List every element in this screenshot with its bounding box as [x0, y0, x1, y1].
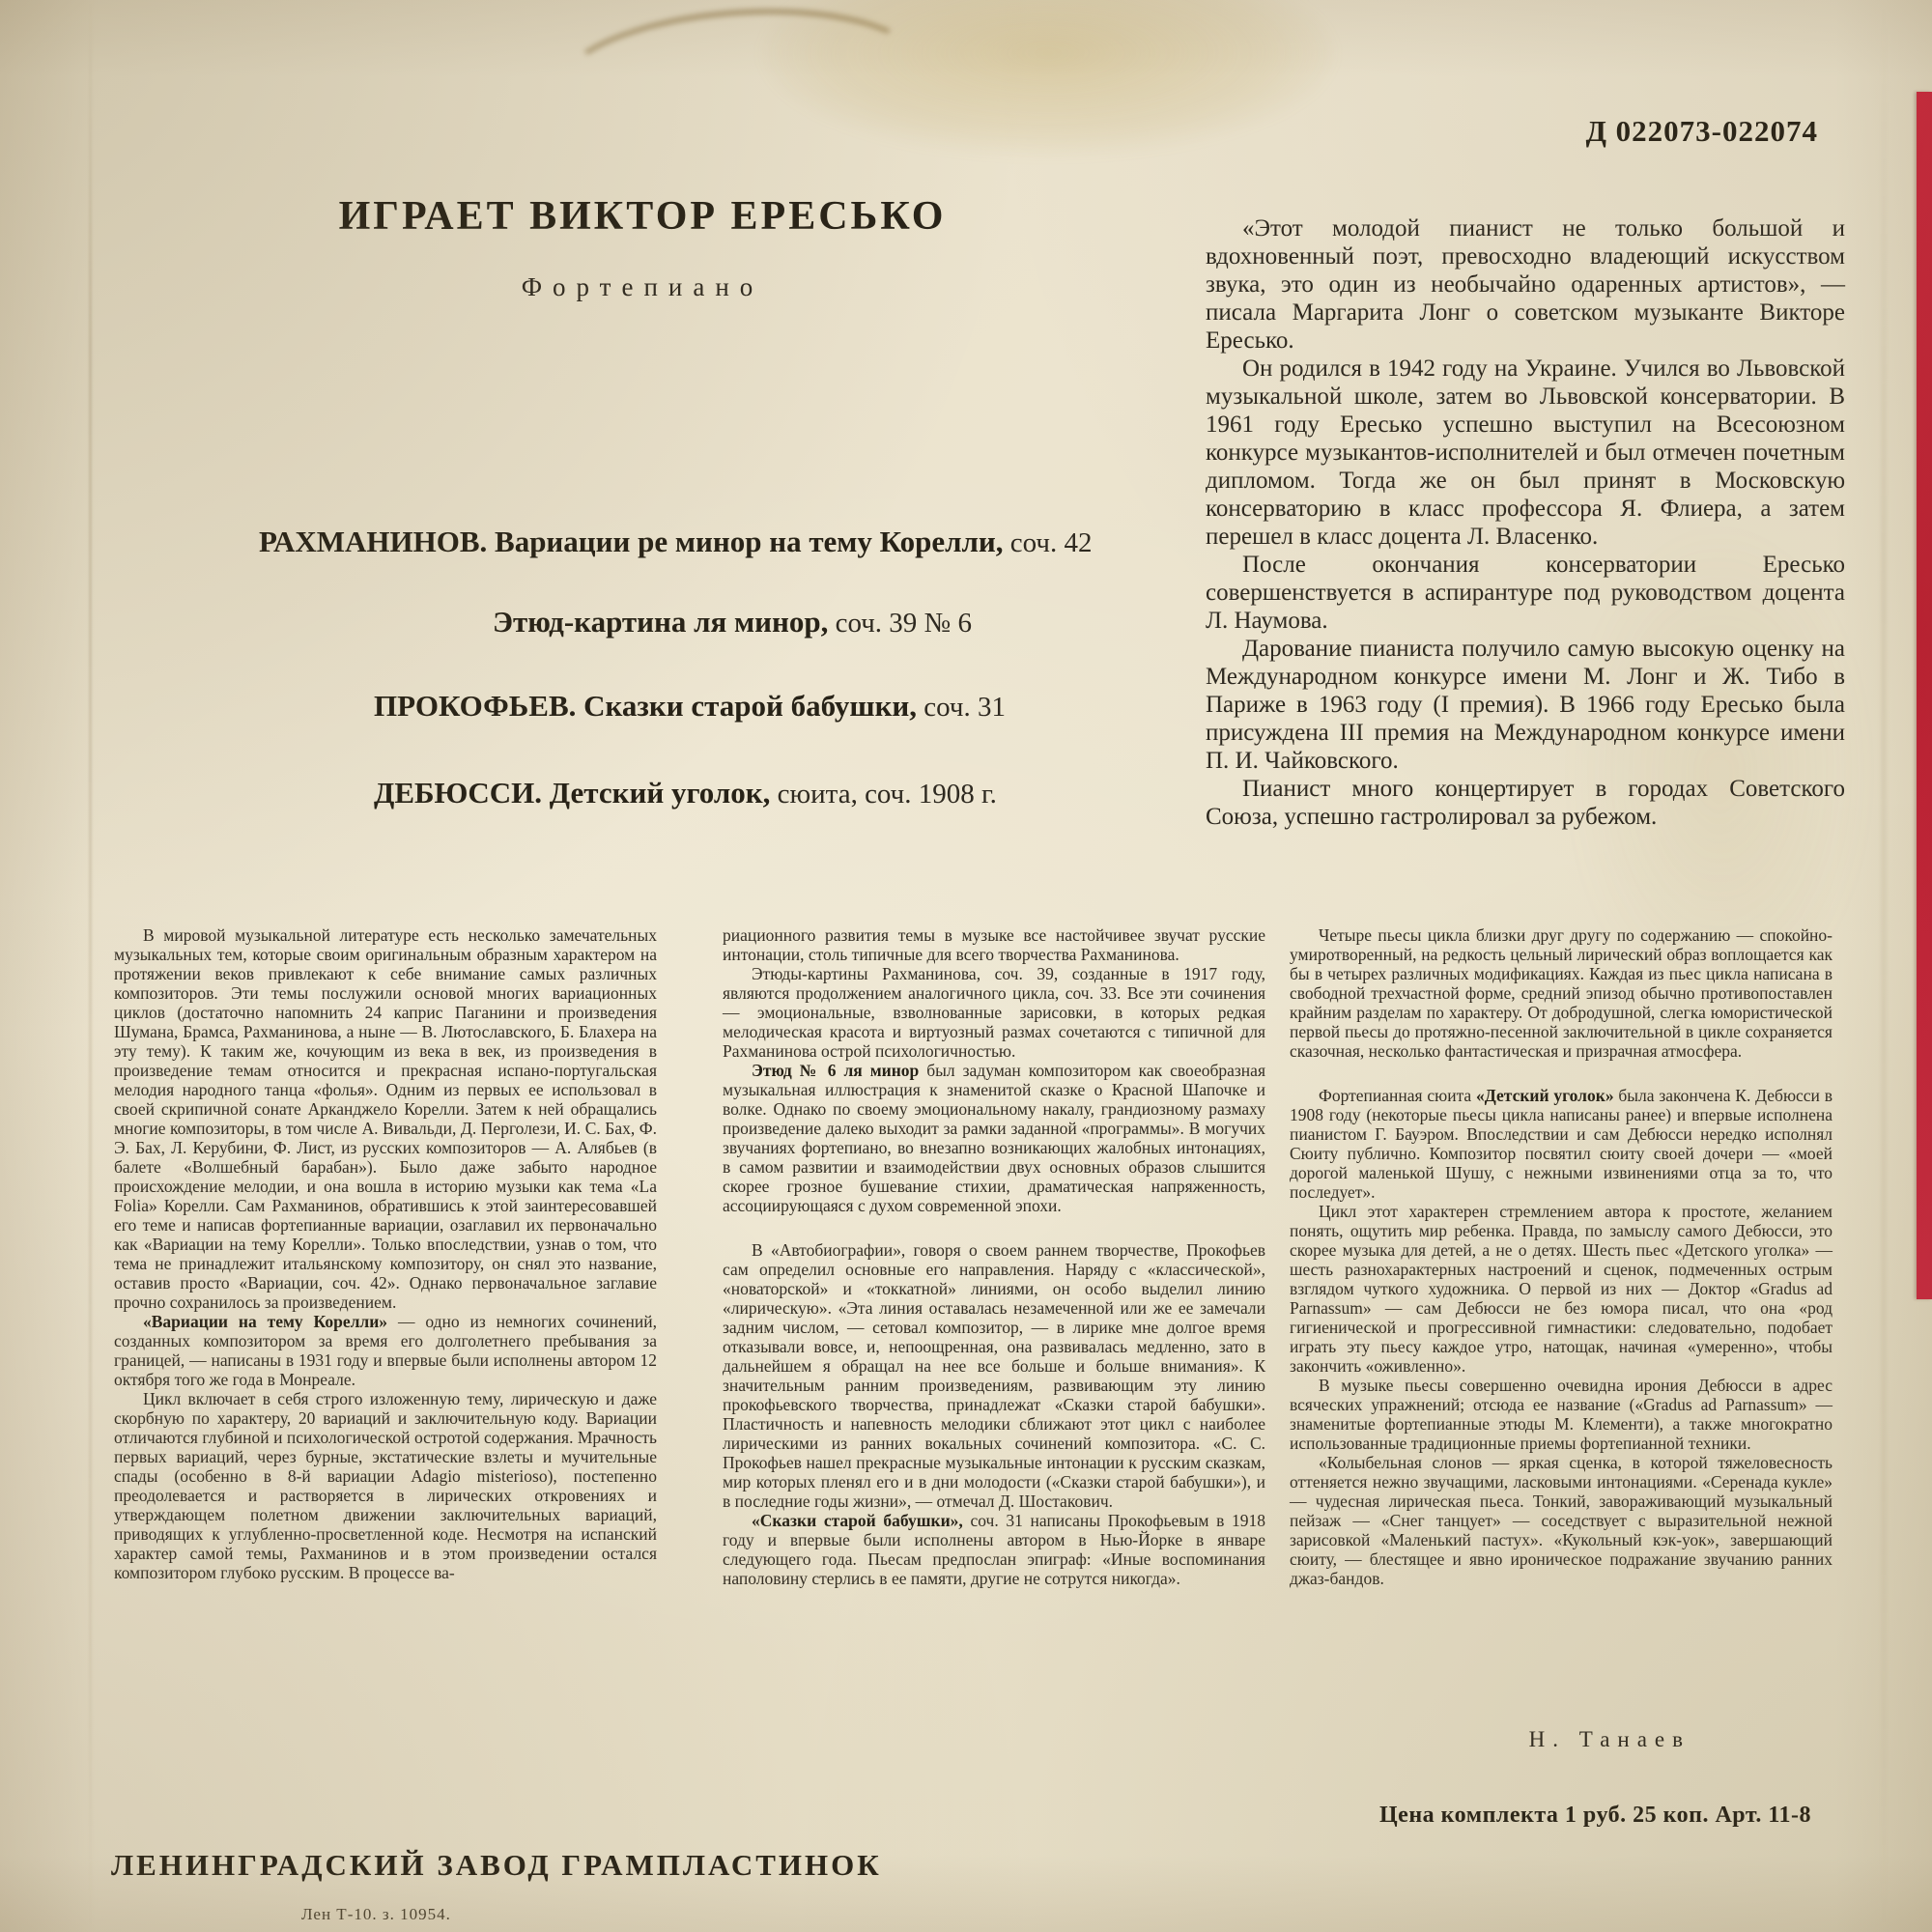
track-opus: сюита, соч. 1908 г. — [770, 779, 997, 810]
track-line: ПРОКОФЬЕВ. Сказки старой бабушки, соч. 3… — [374, 689, 1006, 724]
bio-paragraph: Он родился в 1942 году на Украине. Училс… — [1206, 355, 1845, 551]
track-work: ПРОКОФЬЕВ. Сказки старой бабушки, — [374, 689, 917, 723]
notes-text: Фортепианная сюита — [1319, 1086, 1476, 1105]
notes-paragraph: Четыре пьесы цикла близки друг другу по … — [1290, 925, 1833, 1061]
notes-paragraph: «Вариации на тему Корелли» — одно из нем… — [114, 1312, 657, 1389]
work-title-bold: Этюд № 6 ля минор — [752, 1061, 919, 1080]
notes-paragraph: Этюд № 6 ля минор был задуман композитор… — [723, 1061, 1265, 1215]
notes-paragraph: риационного развития темы в музыке все н… — [723, 925, 1265, 964]
paper-crease-right — [1882, 0, 1886, 1932]
track-line: Этюд-картина ля минор, соч. 39 № 6 — [493, 605, 972, 639]
price-line: Цена комплекта 1 руб. 25 коп. Арт. 11-8 — [1379, 1803, 1811, 1829]
work-title-bold: «Вариации на тему Корелли» — [143, 1312, 387, 1331]
album-title: ИГРАЕТ ВИКТОР ЕРЕСЬКО — [72, 193, 1212, 240]
notes-text: был задуман композитором как своеобразна… — [723, 1061, 1265, 1215]
track-work: РАХМАНИНОВ. Вариации ре минор на тему Ко… — [259, 525, 1004, 558]
author-signature: Н. Танаев — [1529, 1727, 1690, 1752]
liner-notes-column-3: Четыре пьесы цикла близки друг другу по … — [1290, 925, 1833, 1588]
red-spine-edge — [1917, 92, 1932, 1299]
work-title-bold: «Сказки старой бабушки», — [752, 1511, 963, 1530]
track-opus: соч. 42 — [1004, 527, 1093, 558]
publisher-name: ЛЕНИНГРАДСКИЙ ЗАВОД ГРАМПЛАСТИНОК — [111, 1848, 882, 1883]
track-opus: соч. 31 — [917, 692, 1006, 723]
notes-paragraph: В «Автобиографии», говоря о своем раннем… — [723, 1240, 1265, 1511]
album-subtitle: Фортепиано — [72, 272, 1212, 302]
notes-paragraph: Фортепианная сюита «Детский уголок» была… — [1290, 1086, 1833, 1202]
notes-paragraph: Цикл включает в себя строго изложенную т… — [114, 1389, 657, 1582]
catalog-number: Д 022073-022074 — [1586, 114, 1818, 149]
bio-paragraph: Пианист много концертирует в городах Сов… — [1206, 775, 1845, 831]
work-title-bold: «Детский уголок» — [1476, 1086, 1614, 1105]
print-code: Лен Т-10. з. 10954. — [301, 1905, 451, 1924]
masthead: ИГРАЕТ ВИКТОР ЕРЕСЬКО Фортепиано — [72, 193, 1212, 302]
bio-paragraph: Дарование пианиста получило самую высоку… — [1206, 635, 1845, 775]
record-sleeve-back: Д 022073-022074 ИГРАЕТ ВИКТОР ЕРЕСЬКО Фо… — [0, 0, 1932, 1932]
track-line: ДЕБЮССИ. Детский уголок, сюита, соч. 190… — [374, 776, 997, 810]
notes-paragraph: Этюды-картины Рахманинова, соч. 39, созд… — [723, 964, 1265, 1061]
notes-paragraph: «Сказки старой бабушки», соч. 31 написан… — [723, 1511, 1265, 1588]
notes-paragraph: В музыке пьесы совершенно очевидна ирони… — [1290, 1376, 1833, 1453]
track-work: ДЕБЮССИ. Детский уголок, — [374, 776, 770, 810]
bio-paragraph: После окончания консерватории Ересько со… — [1206, 551, 1845, 635]
track-opus: соч. 39 № 6 — [828, 608, 972, 639]
pianist-bio: «Этот молодой пианист не только большой … — [1206, 214, 1845, 831]
notes-paragraph: «Колыбельная слонов — яркая сценка, в ко… — [1290, 1453, 1833, 1588]
track-line: РАХМАНИНОВ. Вариации ре минор на тему Ко… — [259, 525, 1092, 559]
notes-paragraph: Цикл этот характерен стремлением автора … — [1290, 1202, 1833, 1376]
liner-notes-column-2: риационного развития темы в музыке все н… — [723, 925, 1265, 1588]
track-work: Этюд-картина ля минор, — [493, 605, 828, 639]
liner-notes-column-1: В мировой музыкальной литературе есть не… — [114, 925, 657, 1582]
bio-paragraph: «Этот молодой пианист не только большой … — [1206, 214, 1845, 355]
notes-paragraph: В мировой музыкальной литературе есть не… — [114, 925, 657, 1312]
paper-ring-stain — [552, 0, 929, 159]
